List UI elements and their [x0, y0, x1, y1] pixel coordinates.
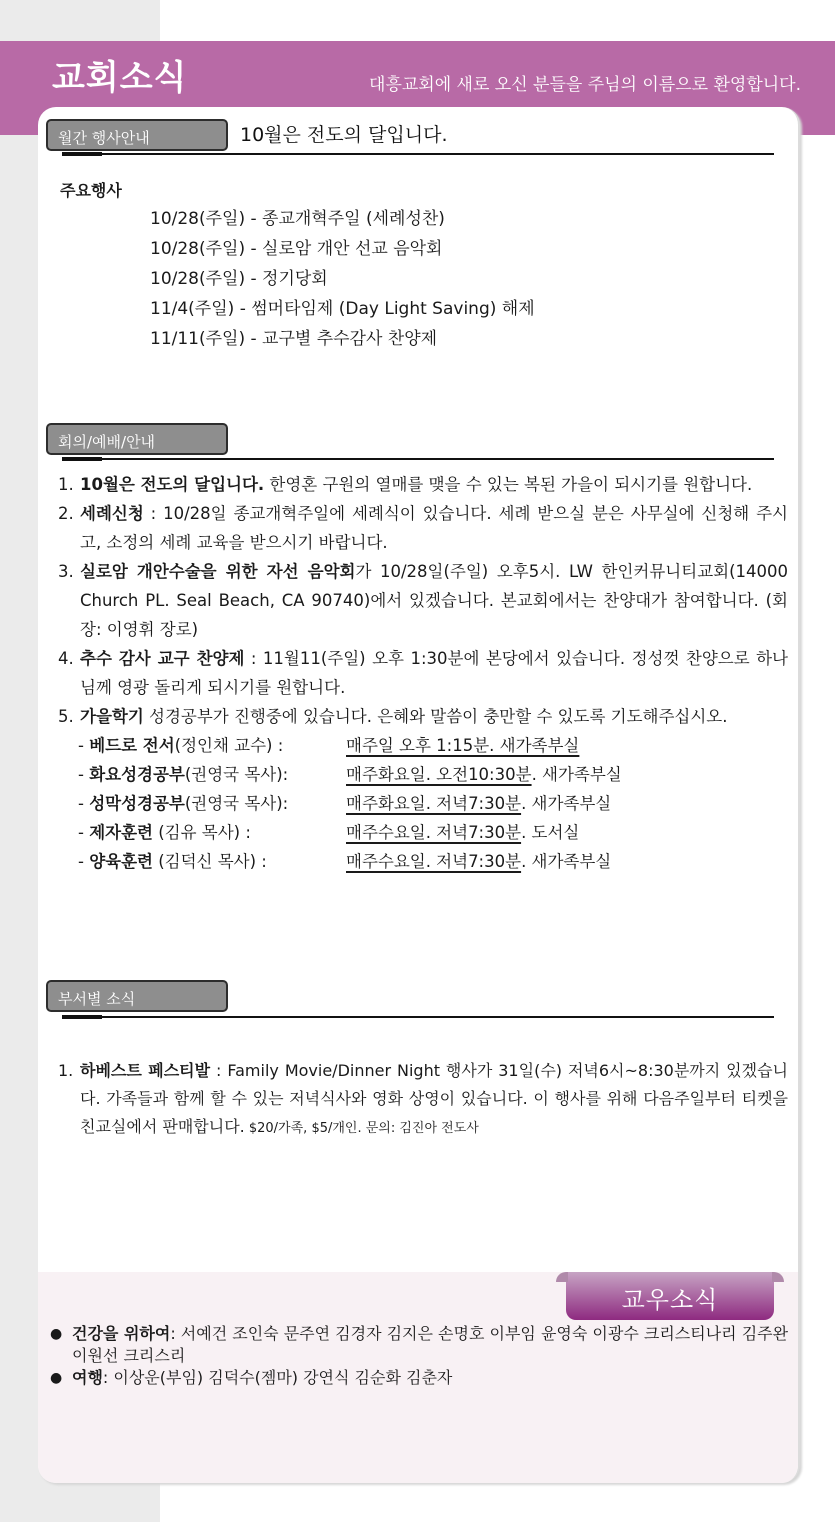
schedule-row: - 화요성경공부(권영국 목사): 매주화요일. 오전10:30분. 새가족부실	[78, 760, 788, 789]
monthly-title: 10월은 전도의 달입니다.	[240, 120, 447, 147]
event-item: 11/4(주일) - 썸머타임제 (Day Light Saving) 해제	[150, 294, 535, 324]
member-news-list: ● 건강을 위하여: 서예건 조인숙 문주연 김경자 김지은 손명호 이부임 윤…	[50, 1323, 790, 1389]
major-events-label: 주요행사	[60, 178, 122, 201]
meetings-list: 1. 10월은 전도의 달입니다. 한영혼 구원의 열매를 맺을 수 있는 복된…	[58, 470, 788, 876]
study-schedule: - 베드로 전서(정인채 교수) : 매주일 오후 1:15분. 새가족부실 -…	[78, 731, 788, 876]
divider-accent	[62, 152, 102, 156]
event-item: 10/28(주일) - 정기당회	[150, 264, 535, 294]
divider-accent	[62, 457, 102, 461]
bullet-icon: ●	[50, 1367, 72, 1389]
event-item: 11/11(주일) - 교구별 추수감사 찬양제	[150, 324, 535, 354]
schedule-row: - 베드로 전서(정인채 교수) : 매주일 오후 1:15분. 새가족부실	[78, 731, 788, 760]
news-card: 월간 행사안내 10월은 전도의 달입니다. 주요행사 10/28(주일) - …	[38, 107, 800, 1483]
schedule-row: - 양육훈련 (김덕신 목사) : 매주수요일. 저녁7:30분. 새가족부실	[78, 847, 788, 876]
notice-item: 4. 추수 감사 교구 찬양제 : 11월11(주일) 오후 1:30분에 본당…	[58, 644, 788, 702]
member-news-item: ● 건강을 위하여: 서예건 조인숙 문주연 김경자 김지은 손명호 이부임 윤…	[50, 1323, 790, 1367]
notice-item: 2. 세례신청 : 10/28일 종교개혁주일에 세례식이 있습니다. 세례 받…	[58, 499, 788, 557]
bullet-icon: ●	[50, 1323, 72, 1367]
page-title: 교회소식	[52, 50, 187, 99]
member-news-ribbon: 교우소식	[566, 1272, 774, 1320]
member-news-item: ● 여행: 이상운(부임) 김덕수(젬마) 강연식 김순화 김춘자	[50, 1367, 790, 1389]
major-events-list: 10/28(주일) - 종교개혁주일 (세례성찬) 10/28(주일) - 실로…	[150, 204, 535, 354]
schedule-row: - 제자훈련 (김유 목사) : 매주수요일. 저녁7:30분. 도서실	[78, 818, 788, 847]
welcome-subtitle: 대흥교회에 새로 오신 분들을 주님의 이름으로 환영합니다.	[369, 70, 801, 95]
section-tag-meetings: 회의/예배/안내	[46, 423, 228, 455]
section-divider	[62, 458, 774, 460]
section-divider	[62, 153, 774, 155]
departments-list: 1. 하베스트 페스티발 : Family Movie/Dinner Night…	[58, 1057, 788, 1143]
schedule-row: - 성막성경공부(권영국 목사): 매주화요일. 저녁7:30분. 새가족부실	[78, 789, 788, 818]
section-tag-monthly: 월간 행사안내	[46, 119, 228, 151]
event-item: 10/28(주일) - 종교개혁주일 (세례성찬)	[150, 204, 535, 234]
divider-accent	[62, 1015, 102, 1019]
section-divider	[62, 1016, 774, 1018]
department-item: 1. 하베스트 페스티발 : Family Movie/Dinner Night…	[58, 1057, 788, 1143]
event-item: 10/28(주일) - 실로암 개안 선교 음악회	[150, 234, 535, 264]
section-tag-departments: 부서별 소식	[46, 980, 228, 1012]
notice-item: 5. 가을학기 성경공부가 진행중에 있습니다. 은혜와 말씀이 충만할 수 있…	[58, 702, 788, 731]
notice-item: 1. 10월은 전도의 달입니다. 한영혼 구원의 열매를 맺을 수 있는 복된…	[58, 470, 788, 499]
notice-item: 3. 실로암 개안수술을 위한 자선 음악회가 10/28일(주일) 오후5시.…	[58, 557, 788, 644]
